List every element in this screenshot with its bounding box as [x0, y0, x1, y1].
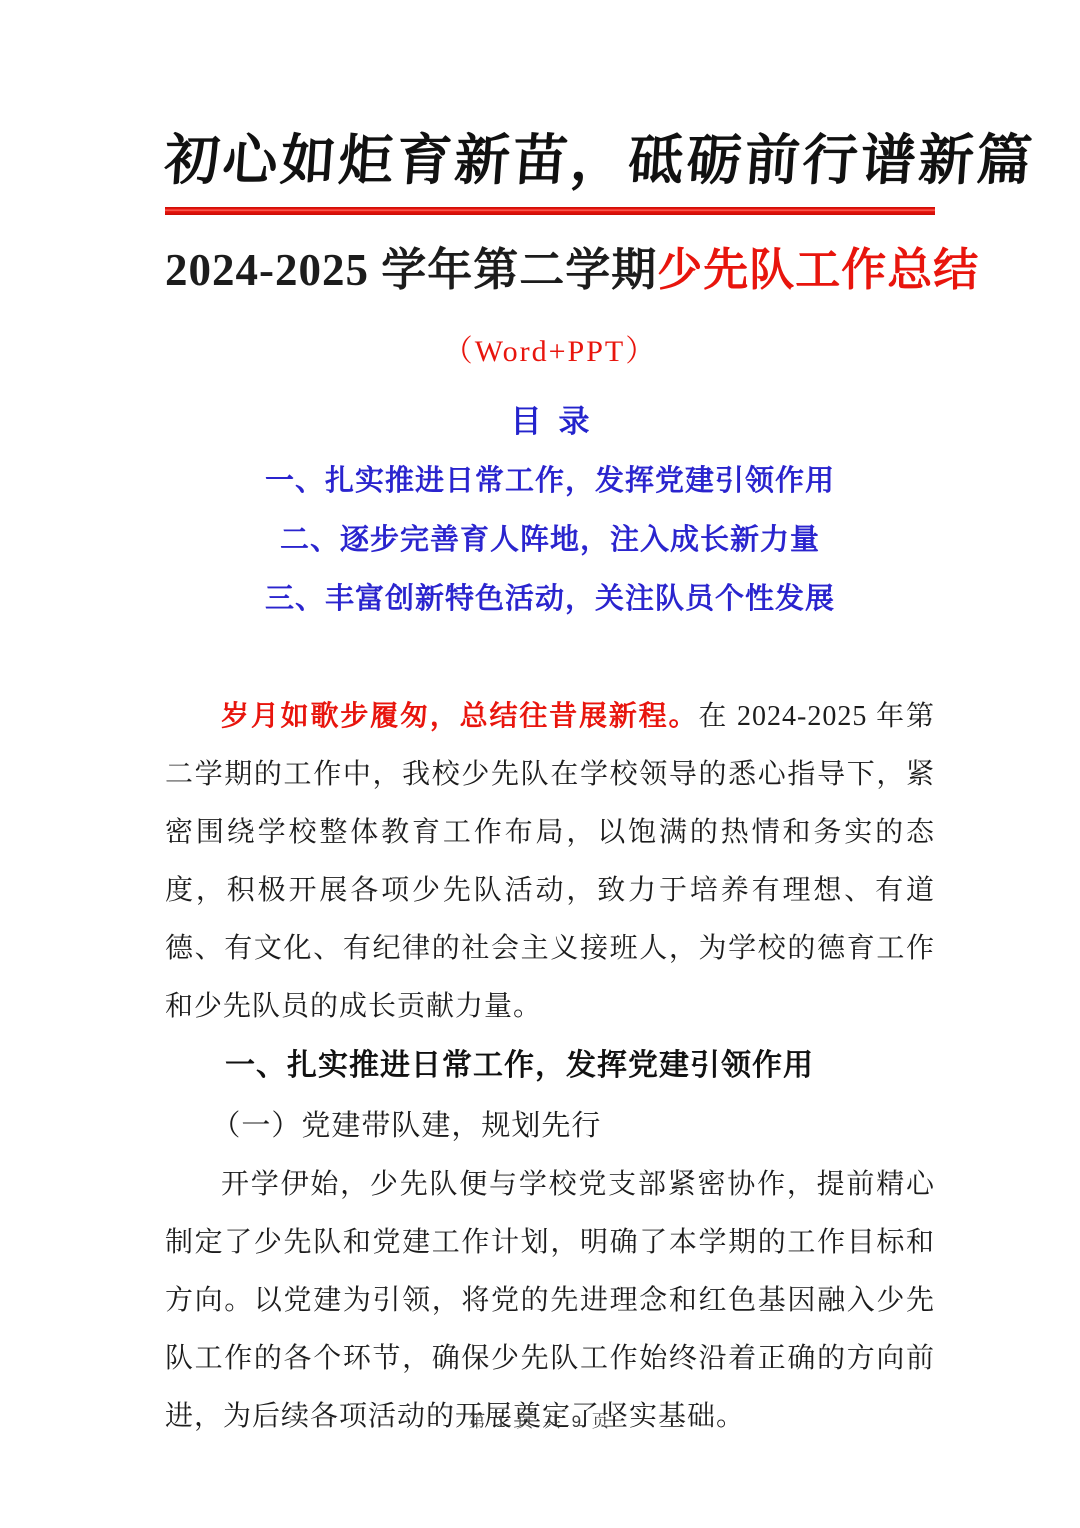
- document-title-black-part: 2024-2025 学年第二学期: [165, 245, 657, 295]
- section-1-heading: 一、扎实推进日常工作，发挥党建引领作用: [165, 1036, 935, 1096]
- document-title: 2024-2025 学年第二学期少先队工作总结: [165, 233, 935, 298]
- document-page: 初心如炬育新苗，砥砺前行谱新篇 2024-2025 学年第二学期少先队工作总结 …: [0, 0, 1080, 1528]
- calligraphy-banner-title: 初心如炬育新苗，砥砺前行谱新篇: [162, 116, 938, 195]
- document-content: 初心如炬育新苗，砥砺前行谱新篇 2024-2025 学年第二学期少先队工作总结 …: [0, 0, 1080, 1446]
- section-1-paragraph: 开学伊始，少先队便与学校党支部紧密协作，提前精心制定了少先队和党建工作计划，明确…: [165, 1156, 935, 1446]
- intro-lead-red-sentence: 岁月如歌步履匆，总结往昔展新程。: [221, 701, 698, 732]
- section-1-subheading: （一）党建带队建，规划先行: [165, 1096, 935, 1156]
- document-title-red-part: 少先队工作总结: [657, 245, 979, 295]
- toc-item-2: 二、逐步完善育人阵地，注入成长新力量: [165, 521, 935, 559]
- intro-body-text: 在 2024-2025 年第二学期的工作中，我校少先队在学校领导的悉心指导下，紧…: [165, 701, 935, 1022]
- red-divider: [165, 207, 935, 215]
- toc-item-3: 三、丰富创新特色活动，关注队员个性发展: [165, 580, 935, 618]
- format-subtitle: （Word+PPT）: [165, 326, 935, 370]
- intro-paragraph: 岁月如歌步履匆，总结往昔展新程。在 2024-2025 年第二学期的工作中，我校…: [165, 688, 935, 1036]
- toc-item-1: 一、扎实推进日常工作，发挥党建引领作用: [165, 462, 935, 500]
- toc-heading: 目录: [165, 396, 935, 441]
- page-footer: 第 1 页 共 9 页: [0, 1407, 1080, 1432]
